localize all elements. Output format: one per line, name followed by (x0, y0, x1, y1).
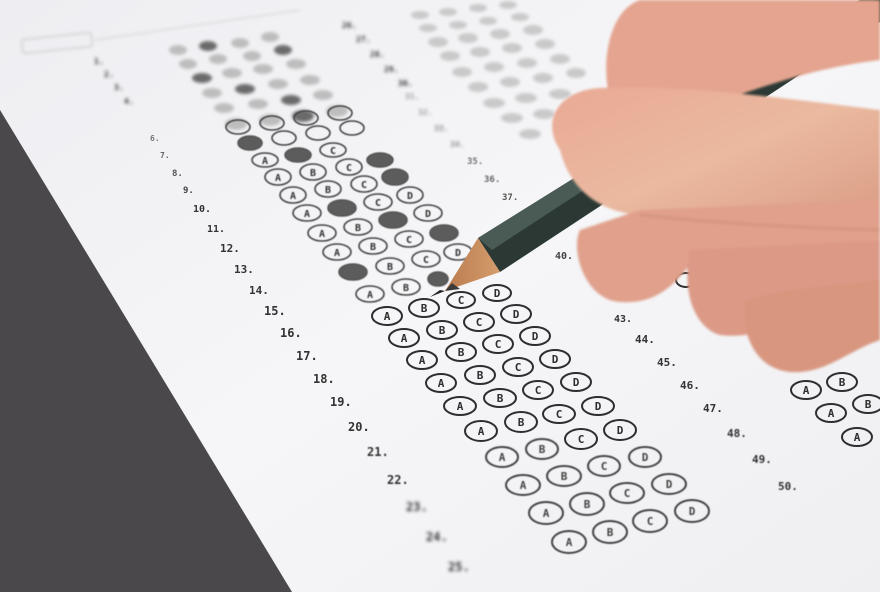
svg-text:D: D (455, 248, 461, 259)
svg-text:B: B (477, 369, 484, 382)
svg-text:A: A (262, 156, 268, 167)
svg-text:12.: 12. (220, 242, 240, 255)
svg-text:B: B (539, 443, 546, 456)
svg-text:24.: 24. (426, 530, 448, 544)
svg-text:A: A (803, 384, 810, 397)
svg-text:D: D (689, 505, 696, 518)
svg-text:A: A (828, 407, 835, 420)
svg-text:44.: 44. (635, 333, 655, 346)
svg-text:8.: 8. (172, 169, 183, 179)
svg-text:45.: 45. (657, 356, 677, 369)
svg-text:11.: 11. (207, 224, 225, 235)
svg-text:A: A (520, 479, 527, 492)
svg-text:D: D (425, 209, 431, 220)
svg-text:33.: 33. (434, 124, 448, 133)
answer-sheet-photo: 1.2.3.4. 26.27.28.29.30. (0, 0, 880, 592)
svg-text:20.: 20. (348, 420, 370, 434)
svg-text:A: A (438, 377, 445, 390)
svg-text:C: C (556, 408, 563, 421)
svg-text:D: D (642, 451, 649, 464)
svg-text:47.: 47. (703, 402, 723, 415)
svg-text:37.: 37. (502, 193, 518, 203)
svg-text:D: D (494, 287, 501, 300)
svg-text:D: D (666, 478, 673, 491)
svg-text:29.: 29. (384, 65, 398, 74)
svg-text:A: A (384, 310, 391, 323)
svg-text:19.: 19. (330, 395, 352, 409)
svg-text:A: A (499, 451, 506, 464)
svg-text:B: B (458, 346, 465, 359)
svg-text:C: C (515, 361, 522, 374)
svg-text:2.: 2. (104, 70, 114, 79)
svg-text:49.: 49. (752, 453, 772, 466)
svg-text:A: A (478, 425, 485, 438)
svg-text:C: C (330, 146, 336, 157)
svg-text:25.: 25. (448, 560, 470, 574)
svg-text:18.: 18. (313, 372, 335, 386)
svg-text:27.: 27. (356, 35, 370, 44)
svg-text:50.: 50. (778, 480, 798, 493)
svg-text:43.: 43. (614, 314, 632, 325)
svg-text:A: A (334, 248, 340, 259)
svg-text:23.: 23. (406, 500, 428, 514)
svg-text:B: B (421, 302, 428, 315)
svg-text:D: D (617, 424, 624, 437)
svg-text:A: A (457, 400, 464, 413)
svg-text:4.: 4. (124, 97, 134, 106)
svg-text:C: C (647, 515, 654, 528)
svg-text:48.: 48. (727, 427, 747, 440)
svg-text:A: A (319, 229, 325, 240)
svg-text:21.: 21. (367, 445, 389, 459)
svg-text:A: A (367, 290, 373, 301)
svg-text:C: C (578, 433, 585, 446)
svg-text:1.: 1. (94, 57, 104, 66)
svg-text:B: B (561, 470, 568, 483)
svg-text:9.: 9. (183, 186, 194, 196)
svg-text:D: D (595, 400, 602, 413)
svg-text:C: C (375, 198, 381, 209)
svg-text:D: D (552, 353, 559, 366)
svg-text:B: B (439, 324, 446, 337)
svg-text:17.: 17. (296, 349, 318, 363)
svg-text:30.: 30. (398, 79, 412, 88)
svg-text:D: D (407, 191, 413, 202)
svg-text:B: B (370, 242, 376, 253)
svg-text:C: C (361, 180, 367, 191)
svg-text:C: C (423, 255, 429, 266)
svg-text:46.: 46. (680, 379, 700, 392)
svg-text:D: D (513, 308, 520, 321)
svg-text:B: B (403, 283, 409, 294)
svg-text:C: C (601, 460, 608, 473)
svg-text:34.: 34. (450, 140, 464, 149)
svg-text:D: D (573, 376, 580, 389)
svg-text:A: A (304, 209, 310, 220)
svg-text:C: C (495, 338, 502, 351)
svg-text:3.: 3. (114, 83, 124, 92)
svg-text:A: A (566, 536, 573, 549)
svg-text:36.: 36. (484, 175, 500, 185)
svg-text:28.: 28. (370, 50, 384, 59)
svg-text:C: C (535, 384, 542, 397)
svg-text:A: A (401, 332, 408, 345)
svg-text:B: B (607, 526, 614, 539)
svg-text:A: A (290, 191, 296, 202)
svg-text:B: B (839, 376, 846, 389)
svg-text:B: B (584, 498, 591, 511)
svg-text:B: B (355, 223, 361, 234)
svg-text:31.: 31. (405, 92, 419, 101)
svg-text:A: A (275, 173, 281, 184)
svg-text:A: A (543, 507, 550, 520)
svg-text:B: B (497, 392, 504, 405)
svg-text:B: B (387, 262, 393, 273)
svg-text:16.: 16. (280, 326, 302, 340)
svg-text:C: C (406, 235, 412, 246)
svg-text:B: B (325, 185, 331, 196)
svg-text:10.: 10. (193, 204, 211, 215)
svg-text:32.: 32. (418, 108, 432, 117)
svg-text:A: A (854, 431, 861, 444)
svg-text:6.: 6. (150, 134, 160, 143)
svg-text:13.: 13. (234, 263, 254, 276)
svg-text:C: C (346, 163, 352, 174)
svg-text:26.: 26. (342, 21, 356, 30)
svg-text:B: B (865, 398, 872, 411)
svg-text:C: C (476, 316, 483, 329)
svg-text:B: B (518, 416, 525, 429)
svg-text:7.: 7. (160, 151, 170, 160)
svg-text:40.: 40. (555, 251, 573, 262)
svg-text:15.: 15. (264, 304, 286, 318)
svg-text:C: C (458, 294, 465, 307)
svg-text:14.: 14. (249, 284, 269, 297)
svg-text:22.: 22. (387, 473, 409, 487)
svg-text:D: D (532, 330, 539, 343)
svg-text:35.: 35. (467, 157, 483, 167)
svg-text:B: B (310, 168, 316, 179)
svg-text:A: A (419, 354, 426, 367)
svg-text:C: C (624, 487, 631, 500)
